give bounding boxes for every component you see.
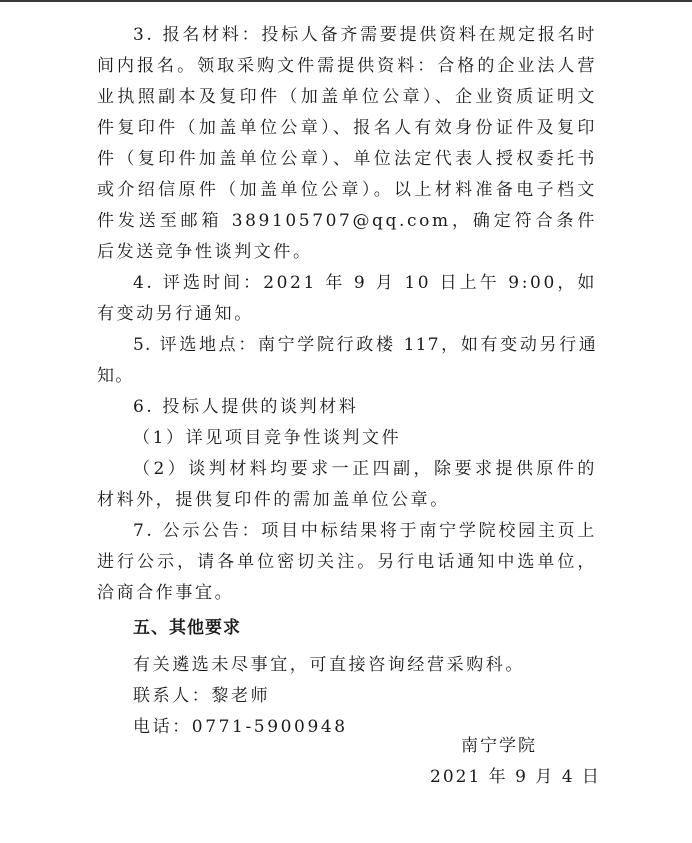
item-negotiation-sub1: （1）详见项目竞争性谈判文件	[97, 423, 597, 454]
document-body: 3. 报名材料：投标人备齐需要提供资料在规定报名时间内报名。领取采购文件需提供资…	[97, 20, 597, 743]
contact-person: 联系人：黎老师	[97, 681, 597, 712]
consult-text: 有关遴选未尽事宜，可直接咨询经营采购科。	[97, 650, 597, 681]
item-registration-materials: 3. 报名材料：投标人备齐需要提供资料在规定报名时间内报名。领取采购文件需提供资…	[97, 20, 597, 268]
item-evaluation-time: 4. 评选时间：2021 年 9 月 10 日上午 9:00，如有变动另行通知。	[97, 268, 597, 330]
section-heading-other-requirements: 五、其他要求	[97, 613, 597, 644]
item-announcement: 7. 公示公告：项目中标结果将于南宁学院校园主页上进行公示，请各单位密切关注。另…	[97, 516, 597, 609]
item-evaluation-location: 5. 评选地点：南宁学院行政楼 117，如有变动另行通知。	[97, 330, 597, 392]
signature-date: 2021 年 9 月 4 日	[430, 762, 601, 787]
item-negotiation-sub2: （2）谈判材料均要求一正四副，除要求提供原件的材料外，提供复印件的需加盖单位公章…	[97, 454, 597, 516]
window-top-border	[0, 0, 692, 2]
signature-org: 南宁学院	[461, 731, 537, 756]
item-negotiation-materials: 6. 投标人提供的谈判材料	[97, 392, 597, 423]
